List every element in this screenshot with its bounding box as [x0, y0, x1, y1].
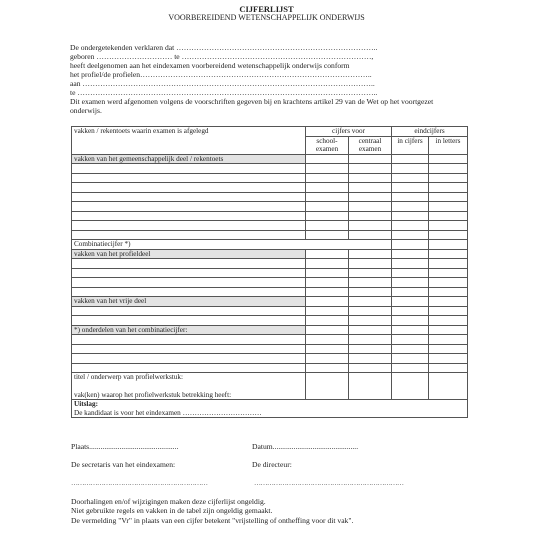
grade-cell[interactable] — [306, 354, 349, 364]
grade-cell[interactable] — [349, 287, 392, 297]
grade-cell[interactable] — [429, 316, 468, 326]
grade-cell[interactable] — [306, 230, 349, 240]
grade-cell[interactable] — [392, 164, 429, 174]
grade-cell[interactable] — [306, 259, 349, 269]
profielwerkstuk-cell[interactable]: titel / onderwerp van profielwerkstuk: v… — [72, 373, 306, 400]
table-row — [72, 221, 468, 231]
grade-cell[interactable] — [349, 259, 392, 269]
grade-cell[interactable] — [429, 202, 468, 212]
subject-cell[interactable] — [72, 278, 306, 288]
secretaris-signature-line[interactable]: ……………………………………………………… — [71, 479, 208, 487]
grade-cell[interactable] — [306, 154, 349, 164]
subject-cell[interactable] — [72, 183, 306, 193]
grade-cell[interactable] — [392, 278, 429, 288]
grade-cell[interactable] — [349, 221, 392, 231]
directeur-label: De directeur: — [252, 460, 292, 469]
grade-cell[interactable] — [392, 211, 429, 221]
grade-cell[interactable] — [429, 173, 468, 183]
table-row — [72, 363, 468, 373]
grade-cell[interactable] — [429, 335, 468, 345]
section-vrije-deel: vakken van het vrije deel — [72, 297, 306, 307]
table-row — [72, 335, 468, 345]
section-gemeenschappelijk: vakken van het gemeenschappelijk deel / … — [72, 154, 306, 164]
grade-cell[interactable] — [392, 325, 429, 335]
grade-cell[interactable] — [392, 297, 429, 307]
grade-cell[interactable] — [349, 316, 392, 326]
birth-line: geboren ………………………… te ………………………………………………… — [70, 52, 433, 61]
grade-cell[interactable] — [429, 287, 468, 297]
grade-cell[interactable] — [392, 344, 429, 354]
table-row — [72, 164, 468, 174]
grade-cell[interactable] — [306, 183, 349, 193]
grade-cell[interactable] — [349, 306, 392, 316]
grade-cell[interactable] — [349, 354, 392, 364]
table-row — [72, 192, 468, 202]
grade-cell[interactable] — [306, 164, 349, 174]
grade-cell[interactable] — [306, 221, 349, 231]
table-row — [72, 354, 468, 364]
section-profieldeel: vakken van het profieldeel — [72, 249, 306, 259]
subject-cell[interactable] — [72, 335, 306, 345]
subject-cell[interactable] — [72, 316, 306, 326]
grade-cell[interactable] — [429, 325, 468, 335]
grade-cell[interactable] — [429, 154, 468, 164]
grade-cell[interactable] — [429, 230, 468, 240]
grade-cell[interactable] — [306, 192, 349, 202]
grade-cell[interactable] — [349, 192, 392, 202]
grade-cell[interactable] — [349, 230, 392, 240]
grade-cell[interactable] — [429, 164, 468, 174]
grade-cell[interactable] — [306, 211, 349, 221]
grade-cell[interactable] — [392, 306, 429, 316]
grade-cell[interactable] — [392, 268, 429, 278]
grade-cell[interactable] — [392, 287, 429, 297]
subject-cell[interactable] — [72, 354, 306, 364]
grade-cell[interactable] — [306, 287, 349, 297]
table-row — [72, 278, 468, 288]
grade-cell[interactable] — [349, 373, 392, 400]
grade-cell[interactable] — [349, 183, 392, 193]
subjects-column-header: vakken / rekentoets waarin examen is afg… — [72, 127, 306, 155]
legal-basis-line: Dit examen werd afgenomen volgens de voo… — [70, 97, 433, 106]
declaration-line: heeft deelgenomen aan het eindexamen voo… — [70, 61, 433, 70]
declaration-block: De ondergetekenden verklaren dat …………………… — [70, 43, 433, 115]
grade-cell[interactable] — [349, 164, 392, 174]
table-row — [72, 259, 468, 269]
grade-cell[interactable] — [349, 278, 392, 288]
secretaris-label: De secretaris van het eindexamen: — [71, 460, 175, 469]
grade-cell[interactable] — [306, 297, 349, 307]
grade-cell[interactable] — [429, 354, 468, 364]
grade-cell[interactable] — [306, 306, 349, 316]
table-row — [72, 306, 468, 316]
table-row — [72, 173, 468, 183]
table-row — [72, 183, 468, 193]
location-line: te …………………………………………………………………………………………………… — [70, 88, 433, 97]
subject-cell[interactable] — [72, 287, 306, 297]
notes-block: Doorhalingen en/of wijzigingen maken dez… — [71, 497, 353, 525]
subject-cell[interactable] — [72, 211, 306, 221]
grade-cell[interactable] — [349, 325, 392, 335]
grade-cell[interactable] — [349, 154, 392, 164]
pws-title-label: titel / onderwerp van profielwerkstuk: — [74, 373, 303, 382]
centraal-examen-header: centraalexamen — [349, 136, 392, 154]
subject-cell[interactable] — [72, 230, 306, 240]
datum-field[interactable]: Datum...................................… — [252, 442, 358, 451]
section-row: *) onderdelen van het combinatiecijfer: — [72, 325, 468, 335]
plaats-field[interactable]: Plaats..................................… — [71, 442, 178, 451]
grade-cell[interactable] — [429, 306, 468, 316]
grade-cell[interactable] — [306, 373, 349, 400]
document-subtitle: VOORBEREIDEND WETENSCHAPPELIJK ONDERWIJS — [0, 13, 533, 22]
eindcijfers-header: eindcijfers — [392, 127, 468, 137]
grade-cell[interactable] — [306, 173, 349, 183]
directeur-signature-line[interactable]: …………………………………………………………… — [254, 479, 404, 487]
grade-cell[interactable] — [429, 363, 468, 373]
subject-cell[interactable] — [72, 363, 306, 373]
grade-cell[interactable] — [392, 363, 429, 373]
grade-cell[interactable] — [349, 344, 392, 354]
grade-cell[interactable] — [392, 173, 429, 183]
note-line: Niet gebruikte regels en vakken in de ta… — [71, 506, 353, 515]
subject-cell[interactable] — [72, 164, 306, 174]
subject-cell[interactable] — [72, 221, 306, 231]
grade-cell[interactable] — [392, 335, 429, 345]
grade-cell[interactable] — [429, 183, 468, 193]
grade-cell[interactable] — [429, 192, 468, 202]
section-row: vakken van het profieldeel — [72, 249, 468, 259]
grade-cell[interactable] — [392, 240, 429, 250]
section-row: vakken van het gemeenschappelijk deel / … — [72, 154, 468, 164]
profielwerkstuk-row: titel / onderwerp van profielwerkstuk: v… — [72, 373, 468, 400]
table-row — [72, 287, 468, 297]
grade-cell[interactable] — [392, 249, 429, 259]
in-letters-header: in letters — [429, 136, 468, 154]
grades-table: vakken / rekentoets waarin examen is afg… — [71, 126, 468, 418]
subject-cell[interactable] — [72, 268, 306, 278]
subject-cell[interactable] — [72, 202, 306, 212]
grade-cell[interactable] — [429, 297, 468, 307]
grade-cell[interactable] — [392, 373, 429, 400]
table-row — [72, 230, 468, 240]
grade-cell[interactable] — [392, 183, 429, 193]
grade-cell[interactable] — [429, 268, 468, 278]
grade-cell[interactable] — [306, 249, 349, 259]
table-row — [72, 268, 468, 278]
grade-cell[interactable] — [429, 240, 468, 250]
section-combinatie-onderdelen: *) onderdelen van het combinatiecijfer: — [72, 325, 306, 335]
grade-cell[interactable] — [392, 259, 429, 269]
combinatiecijfer-label: Combinatiecijfer *) — [72, 240, 392, 250]
declaration-line: De ondergetekenden verklaren dat …………………… — [70, 43, 433, 52]
uitslag-text: De kandidaat is voor het eindexamen …………… — [74, 409, 465, 418]
grade-cell[interactable] — [392, 316, 429, 326]
grade-cell[interactable] — [306, 268, 349, 278]
grade-cell[interactable] — [392, 230, 429, 240]
grade-cell[interactable] — [306, 363, 349, 373]
grade-cell[interactable] — [306, 344, 349, 354]
grade-cell[interactable] — [392, 221, 429, 231]
grade-cell[interactable] — [306, 335, 349, 345]
subject-cell[interactable] — [72, 259, 306, 269]
subject-cell[interactable] — [72, 173, 306, 183]
grade-cell[interactable] — [306, 202, 349, 212]
grade-cell[interactable] — [429, 249, 468, 259]
grade-cell[interactable] — [392, 154, 429, 164]
grade-cell[interactable] — [349, 211, 392, 221]
grade-cell[interactable] — [306, 316, 349, 326]
grade-cell[interactable] — [392, 202, 429, 212]
note-line: De vermelding "Vr" in plaats van een cij… — [71, 516, 353, 525]
grade-cell[interactable] — [349, 249, 392, 259]
grade-cell[interactable] — [429, 373, 468, 400]
table-row — [72, 344, 468, 354]
legal-basis-line: onderwijs. — [70, 106, 433, 115]
grade-cell[interactable] — [392, 192, 429, 202]
grade-cell[interactable] — [306, 278, 349, 288]
combinatiecijfer-row: Combinatiecijfer *) — [72, 240, 468, 250]
subject-cell[interactable] — [72, 192, 306, 202]
uitslag-cell: Uitslag: De kandidaat is voor het eindex… — [72, 400, 468, 418]
in-cijfers-header: in cijfers — [392, 136, 429, 154]
grade-cell[interactable] — [306, 325, 349, 335]
subject-cell[interactable] — [72, 344, 306, 354]
table-row — [72, 316, 468, 326]
section-row: vakken van het vrije deel — [72, 297, 468, 307]
grade-cell[interactable] — [349, 268, 392, 278]
grade-cell[interactable] — [349, 297, 392, 307]
grade-cell[interactable] — [429, 344, 468, 354]
grade-cell[interactable] — [349, 202, 392, 212]
uitslag-label: Uitslag: — [74, 400, 465, 409]
uitslag-row: Uitslag: De kandidaat is voor het eindex… — [72, 400, 468, 418]
pws-subjects-label: vak(ken) waarop het profielwerkstuk betr… — [74, 391, 303, 400]
grade-cell[interactable] — [429, 211, 468, 221]
grade-cell[interactable] — [349, 363, 392, 373]
school-line: aan ………………………………………………………………………………………………… — [70, 79, 433, 88]
grade-cell[interactable] — [429, 278, 468, 288]
cijfers-voor-header: cijfers voor — [306, 127, 392, 137]
grade-cell[interactable] — [392, 354, 429, 364]
subject-cell[interactable] — [72, 306, 306, 316]
grade-cell[interactable] — [429, 259, 468, 269]
grade-cell[interactable] — [349, 335, 392, 345]
profile-line: het profiel/de profielen…………………………………………… — [70, 70, 433, 79]
grade-cell[interactable] — [429, 221, 468, 231]
grade-cell[interactable] — [349, 173, 392, 183]
table-row — [72, 202, 468, 212]
note-line: Doorhalingen en/of wijzigingen maken dez… — [71, 497, 353, 506]
table-row — [72, 211, 468, 221]
schoolexamen-header: school-examen — [306, 136, 349, 154]
